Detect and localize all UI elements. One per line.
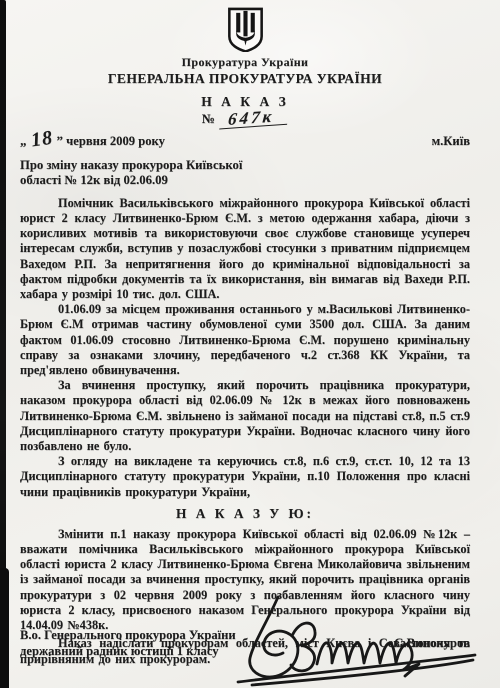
signer-position-line-2: державний радник юстиції 1 класу: [20, 643, 236, 659]
body-paragraph-4: З огляду на викладене та керуючись ст.8,…: [20, 454, 470, 500]
doc-number-line: №647к: [20, 111, 470, 131]
subject-line-2: області № 12к від 02.06.09: [20, 173, 340, 188]
date-left: „18” червня 2009 року: [20, 132, 165, 149]
signer-position: В.о. Генерального прокурора України держ…: [20, 627, 236, 659]
place-label: м.Київ: [432, 134, 470, 149]
quote-close: ”: [57, 133, 64, 148]
signature-autograph-icon: [222, 594, 488, 688]
date-line: „18” червня 2009 року м.Київ: [20, 132, 470, 154]
ukraine-coat-of-arms-icon: [20, 6, 470, 52]
handwritten-day: 18: [30, 131, 54, 148]
subject-line-1: Про зміну наказу прокурора Київської: [20, 158, 340, 173]
signer-position-line-1: В.о. Генерального прокурора України: [20, 627, 236, 643]
order-heading: Н А К А З У Ю:: [20, 506, 470, 522]
org-name-line1: Прокуратура України: [20, 55, 470, 70]
body-paragraph-2: 01.06.09 за місцем проживання останнього…: [20, 302, 470, 378]
quote-open: „: [20, 133, 27, 148]
number-sign: №: [202, 111, 215, 126]
org-name-line2: ГЕНЕРАЛЬНА ПРОКУРАТУРА УКРАЇНИ: [20, 71, 470, 87]
body-paragraph-3: За вчинення проступку, який порочить пра…: [20, 378, 470, 454]
scanned-document-page: Прокуратура України ГЕНЕРАЛЬНА ПРОКУРАТУ…: [0, 0, 500, 688]
body-paragraph-1: Помічник Васильківського міжрайонного пр…: [20, 196, 470, 302]
handwritten-doc-number: 647к: [219, 109, 289, 130]
date-text: червня 2009 року: [66, 134, 165, 148]
